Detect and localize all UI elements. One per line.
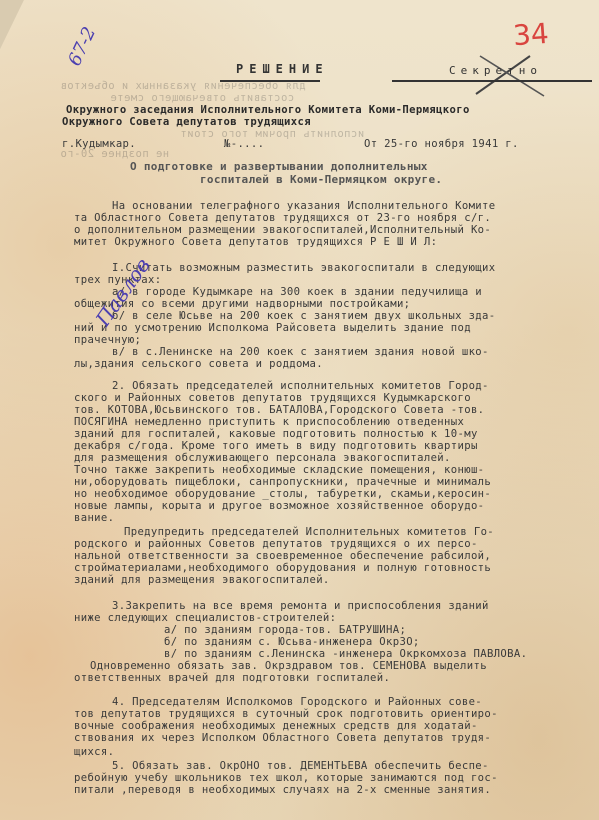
item3-line: ниже следующих специалистов-строителей: xyxy=(74,612,336,624)
item2-line: Точно также закрепить необходимые складс… xyxy=(74,464,484,476)
bleed-through-text: исполнить прочим того стоит xyxy=(180,128,364,140)
item3-line: Одновременно обязать зав. Окрздравом тов… xyxy=(90,660,487,672)
item1-line: в/ в с.Ленинске на 200 коек с занятием з… xyxy=(112,346,489,358)
item2-line: декабря с/года. Кроме того иметь в виду … xyxy=(74,440,478,452)
item2-line: ского и Районных советов депутатов трудя… xyxy=(74,392,471,404)
preamble-line: о дополнительном размещении эвакогоспита… xyxy=(74,224,491,236)
item4-line: вочные соображения необходимых денежных … xyxy=(74,720,478,732)
classification-stamp: Секретно xyxy=(449,64,542,77)
item4-line: ствования их через Исполком Областного С… xyxy=(74,732,491,744)
item2-line: вание. xyxy=(74,512,114,524)
item2-line: для размещения обслуживающего персонала … xyxy=(74,452,451,464)
item4-line: 4. Председателям Исполкомов Городского и… xyxy=(112,696,482,708)
item2-warning-line: стройматериалами,необходимого оборудован… xyxy=(74,562,491,574)
item2-line: ни,оборудовать пищеблоки, санпропускники… xyxy=(74,476,491,488)
item1-line: I.Считать возможным разместить эвакогосп… xyxy=(112,262,496,274)
item2-line: 2. Обязать председателей исполнительных … xyxy=(112,380,489,392)
archive-number-violet: 67-2 xyxy=(64,24,100,70)
item1-line: б/ в селе Юсьве на 200 коек с занятием д… xyxy=(112,310,496,322)
document-type-heading: РЕШЕНИЕ xyxy=(236,62,329,76)
item2-line: зданий для госпиталей, каковые подготови… xyxy=(74,428,478,440)
header-line: Окружного Совета депутатов трудящихся xyxy=(62,116,311,128)
item2-warning-line: нальной ответственности за своевременное… xyxy=(74,550,491,562)
item1-line: лы,здания сельского совета и роддома. xyxy=(74,358,323,370)
item2-warning-line: родского и районных Советов депутатов тр… xyxy=(74,538,478,550)
item2-warning-line: зданий для размещения эвакогоспиталей. xyxy=(74,574,330,586)
item1-line: ний и по усмотрению Исполкома Райсовета … xyxy=(74,322,471,334)
item3-line: в/ по зданиям с.Ленинска -инженера Окрко… xyxy=(164,648,527,660)
item2-line: но необходимое оборудование _столы, табу… xyxy=(74,488,491,500)
item2-line: новые лампы, корыта и другое возможное х… xyxy=(74,500,484,512)
header-line: Окружного заседания Исполнительного Коми… xyxy=(66,104,470,116)
document-number: №-.... xyxy=(224,138,264,150)
item1-line: а/ в городе Кудымкаре на 300 коек в здан… xyxy=(112,286,482,298)
item3-line: а/ по зданиям города-тов. БАТРУШИНА; xyxy=(164,624,406,636)
item2-warning-line: Предупредить председателей Исполнительны… xyxy=(124,526,494,538)
item3-line: ответственных врачей для подготовки госп… xyxy=(74,672,390,684)
subject-line: госпиталей в Коми-Пермяцком округе. xyxy=(200,173,442,186)
archive-number-red: 34 xyxy=(512,17,550,52)
item2-line: ПОСЯГИНА немедленно приступить к приспос… xyxy=(74,416,464,428)
item5-line: 5. Обязать зав. ОкрОНО тов. ДЕМЕНТЬЕВА о… xyxy=(112,760,489,772)
item1-line: прачечную; xyxy=(74,334,141,346)
preamble-line: На основании телеграфного указания Испол… xyxy=(112,200,496,212)
document-date: От 25-го ноября 1941 г. xyxy=(364,138,519,150)
strikethrough-line xyxy=(220,80,320,82)
item4-line: щихся. xyxy=(74,746,114,758)
document-page: для обеспечения указанных и объектов сос… xyxy=(0,0,599,820)
classification-underline xyxy=(392,80,592,82)
item3-line: 3.Закрепить на все время ремонта и присп… xyxy=(112,600,489,612)
item5-line: ребойную учебу школьников тех школ, кото… xyxy=(74,772,498,784)
item5-line: питали ,переводя в необходимых случаях н… xyxy=(74,784,491,796)
place: г.Кудымкар. xyxy=(62,138,136,150)
preamble-line: та Областного Совета депутатов трудящихс… xyxy=(74,212,491,224)
item3-line: б/ по зданиям с. Юсьва-инженера ОкрЗО; xyxy=(164,636,420,648)
bleed-through-text: составить отвечающего смете xyxy=(110,92,294,104)
item4-line: тов депутатов трудящихся в суточный срок… xyxy=(74,708,498,720)
subject-line: О подготовке и развертывании дополнитель… xyxy=(130,160,428,173)
preamble-line: митет Окружного Совета депутатов трудящи… xyxy=(74,236,437,248)
item2-line: тов. КОТОВА,Юсьвинского тов. БАТАЛОВА,Го… xyxy=(74,404,484,416)
